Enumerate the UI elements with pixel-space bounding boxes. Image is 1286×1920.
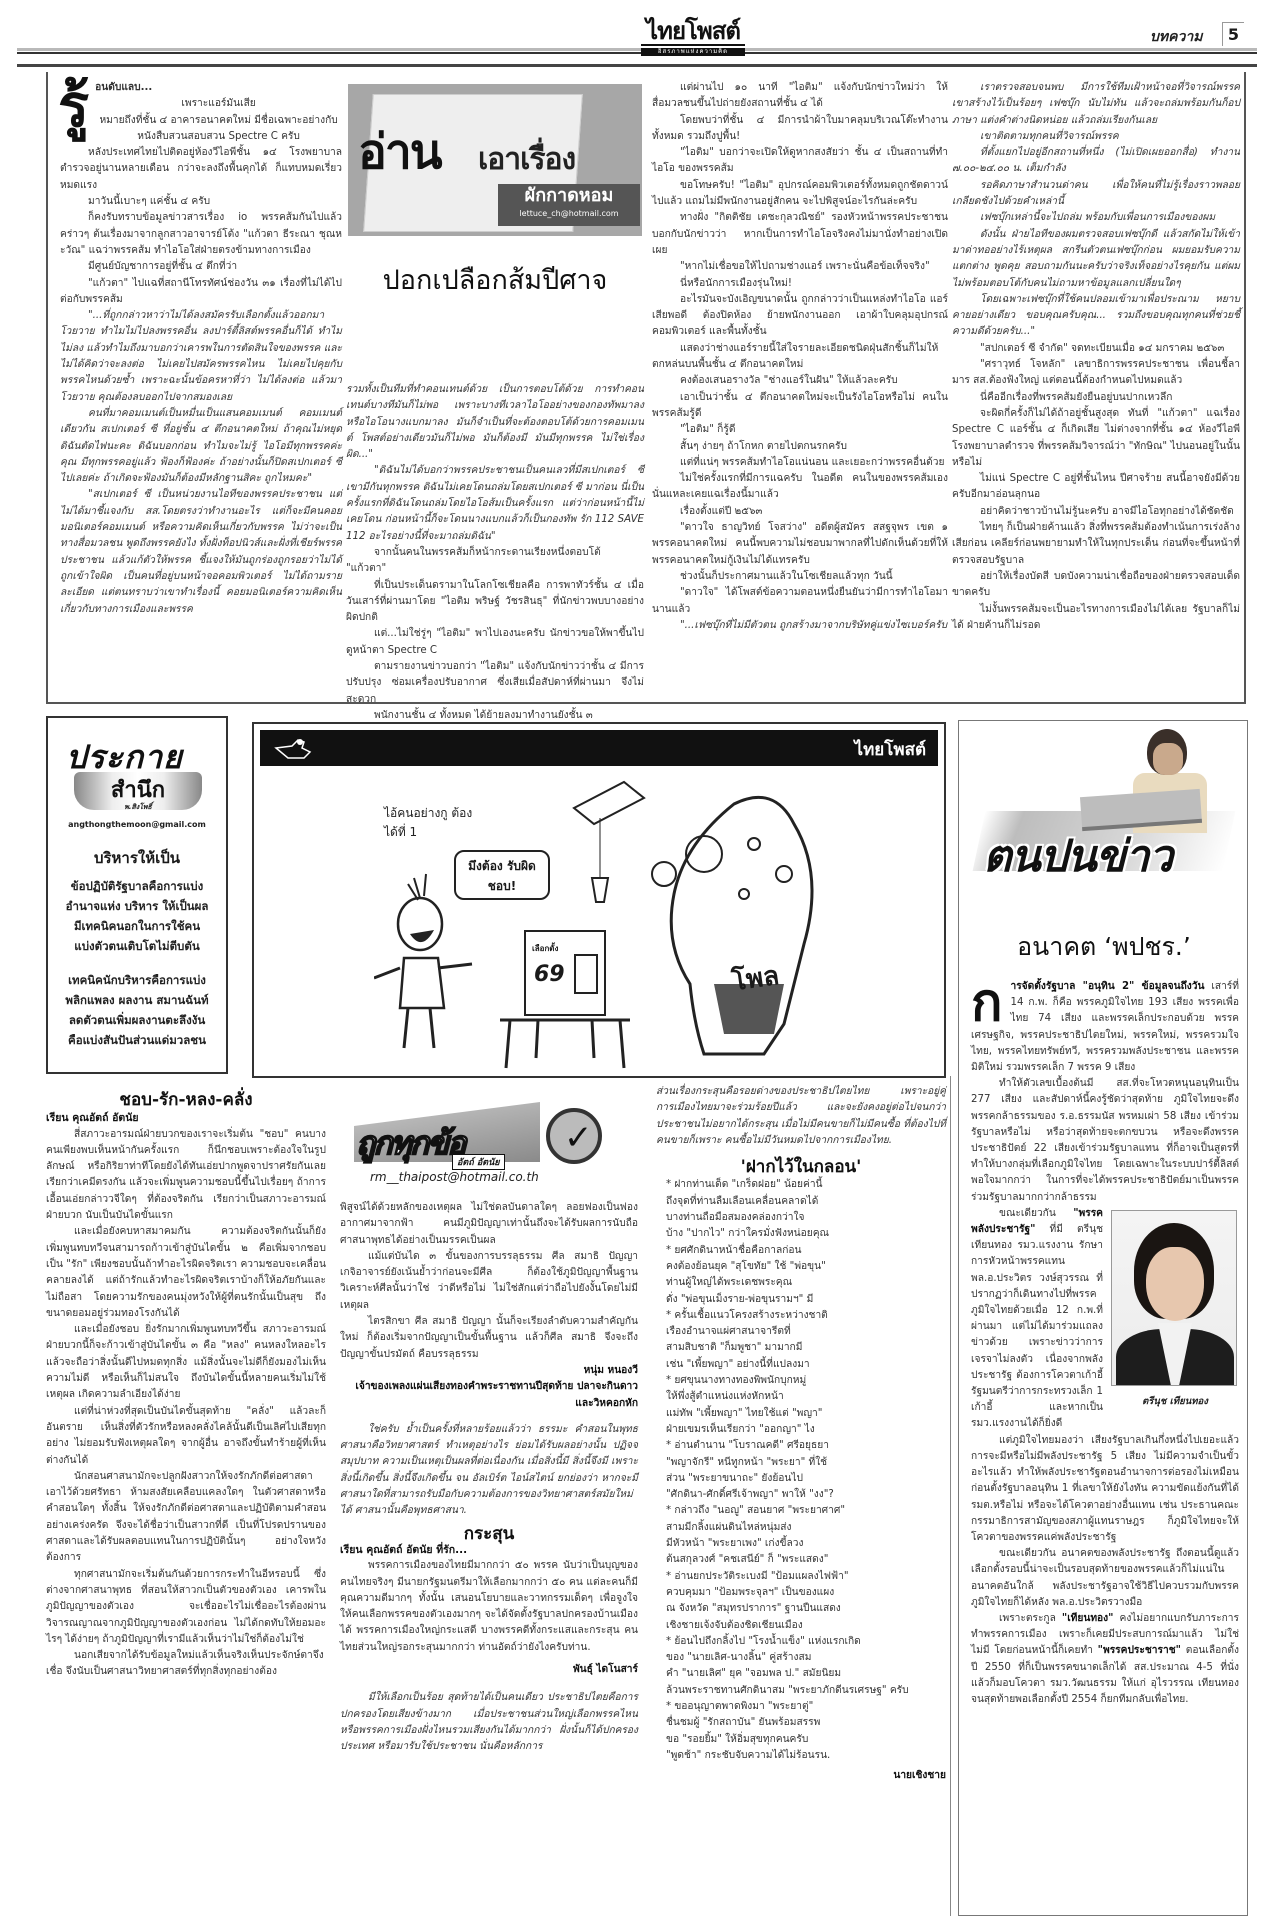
logo-author: อัตถ์ อัตนัย <box>452 1154 505 1170</box>
article-paragraph: นี่หรือนักการเมืองรุ่นใหม่! <box>652 276 948 292</box>
banner-author-tag: ผักกาดหอม lettuce_ch@hotmail.com <box>498 184 640 226</box>
newspaper-logo-tagline: อิสรภาพแห่งความคิด <box>641 48 745 56</box>
masthead-rule-top <box>17 48 1257 51</box>
article-paragraph: เสาร์ที่ 14 ก.พ. ก็คือ พรรคภูมิใจไทย 193… <box>971 981 1239 1073</box>
article-paragraph: เรื่องตั้งแต่ปี ๒๕๖๓ <box>652 504 948 520</box>
article-quote: "...เฟซบุ๊กที่ไม่มีตัวตน ถูกสร้างมาจากบร… <box>652 618 948 634</box>
column-logo-thuk-thuk-kho: ถูกทุกข้อ อัตถ์ อัตนัย ✓ rm__thaipost@ho… <box>340 1094 638 1186</box>
letter-signature: พันธุ์ ไดโนสาร์ <box>340 1662 638 1678</box>
article-paragraph: โดยพบว่าที่ชั้น ๔ มีการนำผ้าใบมาคลุมบริเ… <box>652 113 948 146</box>
article-paragraph: "ดาวใจ ธาญวิทย์ โจสว่าง" อดีตผู้สมัคร สส… <box>652 520 948 569</box>
top-article-column-1: รู้ อนดับแลบ... เพราะแอร์มันเสีย หมายถึง… <box>60 80 342 618</box>
article-quote: คนที่มาคอมเมนต์เป็นหมื่นเป็นแสนคอมเมนต์ … <box>60 406 342 487</box>
poem-verses: * ฝากท่านเด็ด "เกร็ดฝอย" น้อยค่านี้ ถึงจ… <box>656 1177 946 1764</box>
poem-column-logo: ประกาย สำนึก พ.สิงโพธิ์ <box>58 732 218 812</box>
poem-line: เทคนิคนักบริหารคือการแบ่ง <box>48 970 226 990</box>
verse-line: คำ "นายเลิศ" ยุค "จอมพล ป." สมัยนิยม <box>666 1666 946 1682</box>
letter-salutation: เรียน คุณอัตถ์ อัตนัย <box>46 1110 326 1126</box>
letter-signature: หนุ่ม หนองวี <box>340 1363 638 1379</box>
photo-caption: ตรีนุช เทียนทอง <box>1111 1394 1239 1410</box>
letters-column: ชอบ-รัก-หลง-คลั่ง เรียน คุณอัตถ์ อัตนัย … <box>46 1092 326 1681</box>
top-article-column-4: เราตรวจสอบจนพบ มีการใช้ทีมเฝ้าหน้าจอที่ว… <box>952 80 1240 634</box>
page-number: 5 <box>1222 22 1244 46</box>
article-quote: "สเปกเตอร์ ซี เป็นหน่วยงานไอทีของพรรคประ… <box>60 487 342 617</box>
signature-description: เจ้าของเพลงแผ่นเสียงทองคำพระราชทานปีสุดท… <box>340 1379 638 1412</box>
masthead-rule-top-dark <box>17 52 1257 54</box>
banner-title-big: อ่าน <box>358 128 441 176</box>
letter-title: ชอบ-รัก-หลง-คลั่ง <box>46 1092 326 1108</box>
article-quote: รวมทั้งเป็นทีมที่ทำคอนเทนต์ด้วย เป็นการต… <box>346 382 644 463</box>
poem-title: 'ฝากไว้ในกลอน' <box>656 1159 946 1175</box>
monster-figure-icon <box>634 784 834 1064</box>
verse-line: * ยศขุนนางทางทองพิพนักบุกหมู่ <box>666 1373 946 1389</box>
column-email[interactable]: rm__thaipost@hotmail.co.th <box>370 1170 539 1184</box>
article-paragraph: เพราะแอร์มันเสีย <box>60 96 342 112</box>
column-logo: ตนปนข่าว <box>983 821 1172 891</box>
letter-paragraph: นักสอนศาสนามักจะปลูกฝังสาวกให้จงรักภักดี… <box>46 1469 326 1567</box>
columnist-email[interactable]: lettuce_ch@hotmail.com <box>498 208 640 220</box>
verse-line: ดั่ง "พ่อขุนเม็งราย-พ่อขุนรามฯ" มี <box>666 1292 946 1308</box>
ballot-box-illustration: เลือกตั้ง 69 <box>524 930 606 1016</box>
reply-paragraph: ใช่ครับ ย้ำเป็นครั้งที่หลายร้อยแล้วว่า ธ… <box>340 1422 638 1520</box>
article-paragraph: ช่วงนั้นก็ประกาศมานแล้วในโซเชียลแล้วทุก … <box>652 569 948 585</box>
editorial-cartoon: ไทยโพสต์ ไอ้คนอย่างกู ต้องได้ที่ 1 มึงต้… <box>252 722 946 1078</box>
article-paragraph: ที่เป็นประเด็นดรามาในโลกโซเชียลคือ การพา… <box>346 578 644 627</box>
article-paragraph: อะไรมันจะบังเอิญขนาดนั้น ถูกกล่าวว่าเป็น… <box>652 292 948 341</box>
logo-text: ถูกทุกข้อ <box>356 1118 464 1169</box>
letter-paragraph: และเมื่อยังคบหาสมาคมกัน ความต้องจริตกันน… <box>46 1224 326 1322</box>
article-paragraph: หลังประเทศไทยไปติดอยู่ห้องวีไอพีชั้น ๑๔ … <box>60 145 342 194</box>
article-quote: "ดิฉันไม่ได้บอกว่าพรรคประชาชนเป็นคนเลวที… <box>346 463 644 544</box>
article-quote: ที่ตั้งแยกไปอยู่อีกสถานที่หนึ่ง (ไม่เปิด… <box>952 145 1240 178</box>
column-headline: อนาคต ‘พปชร.’ <box>959 927 1249 967</box>
article-paragraph: แม้แต่บันได ๓ ขั้นของการบรรลุธรรม ศีล สม… <box>340 1249 638 1314</box>
letter-salutation: เรียน คุณอัตถ์ อัตนัย ที่รัก... <box>340 1542 638 1558</box>
newspaper-logo[interactable]: ไทยโพสต์ อิสรภาพแห่งความคิด <box>641 18 745 56</box>
verse-line: คงต้องย้อนยุค "สุโขทัย" ใช้ "พ่อขุน" <box>666 1259 946 1275</box>
verse-line: * อ่านยกประวัติระเบงมี "ป้อมแผลงไฟฟ้า" <box>666 1569 946 1585</box>
ballot-label: เลือกตั้ง <box>532 942 558 955</box>
cartoon-brand-logo: ไทยโพสต์ <box>855 736 926 763</box>
verse-line: ถึงจุดที่ท่านลืมเลือนเคลื่อนคลาดได้ <box>666 1194 946 1210</box>
ballot-number: 69 <box>534 962 565 987</box>
article-quote: ดังนั้น ฝ่ายไอทีของผมตรวจสอบเฟซบุ๊กดี แล… <box>952 227 1240 292</box>
verse-line: ขอ "รอยยิ้ม" ให้อิ่มสุขทุกคนครับ <box>666 1732 946 1748</box>
table-icon <box>498 1014 632 1070</box>
poem-author: พ.สิงโพธิ์ <box>58 802 218 813</box>
article-quote: เราตรวจสอบจนพบ มีการใช้ทีมเฝ้าหน้าจอที่ว… <box>952 80 1240 129</box>
portrait-image <box>1111 1210 1237 1386</box>
text-span: ขณะเดียวกัน <box>999 1208 1073 1219</box>
verse-line: เชิงชายเจ้งจับต้องชิดเชียนเมือง <box>666 1618 946 1634</box>
letter-paragraph: แต่ที่น่าห่วงที่สุดเป็นบันไดขั้นสุดท้าย … <box>46 1404 326 1469</box>
article-paragraph: นี่คืออีกเรื่องที่พรรคส้มยังยืนอยู่บนปาก… <box>952 390 1240 406</box>
article-paragraph: ทำให้ตัวเลขเบื้องต้นมี สส.ที่จะโหวตหนุนอ… <box>971 1076 1239 1206</box>
letter-paragraph: และเมื่อยังชอบ ยิ่งรักมากเพิ่มพูนทบทวีขึ… <box>46 1322 326 1403</box>
verse-line: ของ "นายเลิศ-นางลิ้น" คู่สร้างสม <box>666 1650 946 1666</box>
verse-line: * ยศศักดินาหน้าชื่อคือกาลก่อน <box>666 1243 946 1259</box>
article-paragraph: "สปกเตอร์ ซี จำกัด" จดทะเบียนเมื่อ ๑๔ มก… <box>952 341 1240 357</box>
text-span: เพราะตระกูล <box>999 1613 1062 1624</box>
verse-line: ชื่นชมผู้ "รักสถาบัน" ยันพร้อมสรรพ <box>666 1715 946 1731</box>
reply-paragraph: ส่วนเรื่องกระสุนคือรอยด่างของประชาธิปไตย… <box>656 1084 946 1149</box>
verse-line: สามมีกลิ้งแผ่นดินไหล่หนุ่มส่ง <box>666 1520 946 1536</box>
article-paragraph: "ดาวใจ" ได้โพสต์ข้อความตอนหนึ่งยืนยันว่า… <box>652 585 948 618</box>
poem-line: มีเทคนิคนอกในการใช้คน <box>48 916 226 936</box>
article-quote: "...ที่ถูกกล่าวหาว่าไม่ได้ลงสมัครรับเลือ… <box>60 308 342 406</box>
article-quote: เฟซบุ๊กเหล่านี้จะไปถล่ม พร้อมกับเพื่อนกา… <box>952 210 1240 226</box>
poem-letter-column: ส่วนเรื่องกระสุนคือรอยด่างของประชาธิปไตย… <box>656 1084 946 1784</box>
verse-line: บางท่านถือมือสมองคล่องกว่าใจ <box>666 1210 946 1226</box>
bold-family-name: "เทียนทอง" <box>1062 1613 1114 1624</box>
article-paragraph: "แก้วตา" ไปแฉที่สถานีโทรทัศน์ช่องวัน ๓๑ … <box>60 276 342 309</box>
article-paragraph: จะผิดกี่ครั้งก็ไม่ได้ถ้าอยู่ชั้นสูงสุด ท… <box>952 406 1240 471</box>
article-paragraph: ไทยๆ ก็เป็นฝ่ายค้านแล้ว สิ่งที่พรรคส้มต้… <box>952 520 1240 569</box>
poem-line: ลดตัวตนเพิ่มผลงานตะลึงงัน <box>48 1010 226 1030</box>
verse-line: "พญาจักรี" หนีทูกหน้า "พระยา" ที่ใช้ <box>666 1455 946 1471</box>
column-banner-an-ao-rueang: อ่าน เอาเรื่อง ผักกาดหอม lettuce_ch@hotm… <box>348 84 642 236</box>
letter-title: กระสุน <box>340 1526 638 1542</box>
dropcap: ก <box>971 981 1002 1025</box>
stanza-gap <box>48 956 226 970</box>
verse-line: "พูดช้า" กระชับจับความได้ไม่ร้อนรน. <box>666 1748 946 1764</box>
article-quote: โดยเฉพาะเฟซบุ๊กที่ใช้คนปลอมเข้ามาเพื่อปร… <box>952 292 1240 341</box>
verse-line: * ครั้นเชื้อแนวโครงสร้างระหว่างชาติ <box>666 1308 946 1324</box>
article-paragraph: คงต้องเสนอรางวัล "ช่างแอร์ในฝัน" ให้แล้ว… <box>652 373 948 389</box>
article-paragraph: ไตรสิกขา ศีล สมาธิ ปัญญา นั้นก็จะเรียงลำ… <box>340 1314 638 1363</box>
mascot-icon <box>274 734 318 762</box>
article-paragraph: แต่ภูมิใจไทยมองว่า เสียงรัฐบาลเกินกึ่งหน… <box>971 1433 1239 1546</box>
letter-paragraph: นอกเสียจากได้รับข้อมูลใหม่แล้วเห็นจริงเห… <box>46 1648 326 1681</box>
column-body: ก ารจัดตั้งรัฐบาล "อนุทิน 2" ข้อมูลจนถึง… <box>971 979 1239 1708</box>
top-article-column-3: แต่ผ่านไป ๑๐ นาที "ไอติม" แจ้งกับนักข่าว… <box>652 80 948 634</box>
verse-line: เช่น "เพี้ยพญา" อย่างนี้ที่แปลงมา <box>666 1357 946 1373</box>
article-paragraph: ไม่ใช่ครั้งแรกที่มีการแฉครับ ในอดีต คนใน… <box>652 471 948 504</box>
letter-paragraph: ทุกศาสนามักจะเริ่มต้นกันด้วยการกระทำในอี… <box>46 1567 326 1648</box>
thuk-thuk-kho-column: ถูกทุกข้อ อัตถ์ อัตนัย ✓ rm__thaipost@ho… <box>340 1094 638 1756</box>
cartoon-header-bar: ไทยโพสต์ <box>260 730 938 766</box>
article-paragraph: "ไอติม" บอกว่าจะเปิดให้ดูหากสงสัยว่า ชั้… <box>652 145 948 178</box>
article-quote: เขาติดตามทุกคนที่วิจารณ์พรรค <box>952 129 1240 145</box>
ballot-window <box>574 954 598 994</box>
article-paragraph: "หากไม่เชื่อขอให้ไปถามช่างแอร์ เพราะนั่น… <box>652 259 948 275</box>
article-paragraph: เพราะตระกูล "เทียนทอง" คงไม่อยากแบกรับภา… <box>971 1611 1239 1708</box>
verse-line: ฝ่ายเขมรเห็นเรียกว่า "ออกญา" ไง <box>666 1422 946 1438</box>
verse-line: "ศักดินา-ศักดิ์ศรีเจ้าพญา" พาให้ "งง"? <box>666 1487 946 1503</box>
section-label: บทความ <box>1150 26 1202 48</box>
article-paragraph: "ไอติม" ก็รู้ดี <box>652 422 948 438</box>
masthead: ไทยโพสต์ อิสรภาพแห่งความคิด บทความ 5 <box>0 0 1286 70</box>
article-paragraph: มีศูนย์บัญชาการอยู่ที่ชั้น ๔ ตึกที่ว่า <box>60 259 342 275</box>
angry-man-figure-icon <box>374 868 474 1058</box>
article-paragraph: แต่...ไม่ใช่รู่ๆ "ไอติม" พาไปเองนะครับ น… <box>346 626 644 659</box>
bold-party-name: "พรรคประชาราช" <box>1098 1645 1181 1656</box>
article-paragraph: อย่าคิดว่าชาวบ้านไม่รู้นะครับ อาจมีไอโอท… <box>952 504 1240 520</box>
poem-signature: นายเชิงชาย <box>656 1768 946 1784</box>
verse-line: ส่วน "พระยาขนาถะ" ยังย้อนไป <box>666 1471 946 1487</box>
verse-line: ควบคุมมา "ป้อมพระจุลฯ" เป็นของแผง <box>666 1585 946 1601</box>
verse-line: ท่านผู้ใหญ่ได้พระเดชพระคุณ <box>666 1275 946 1291</box>
verse-line: ล้วนพระราชทานศักดินาสม "พระยาภักดีนรเศรษ… <box>666 1683 946 1699</box>
text-span: ที่มี ตรีนุช เทียนทอง รมว.แรงงาน รักษากา… <box>971 1224 1103 1429</box>
article-quote: รอคิดภาษาสำนวนด่าคน เพื่อให้คนที่ไม่รู้เ… <box>952 178 1240 211</box>
checkmark-circle-icon: ✓ <box>546 1108 602 1164</box>
verse-line: * ขออนุญาตพาดพิงมา "พระยาตู่" <box>666 1699 946 1715</box>
verse-line: ต้นสกุลวงศ์ "คชเสนีย์" ก็ "พระแสดง" <box>666 1552 946 1568</box>
article-paragraph: จากนั้นคนในพรรคส้มก็หน้ากระดานเรียงหนึ่ง… <box>346 545 644 578</box>
poem-line: คือแบ่งสันปันส่วนแด่มวลชน <box>48 1030 226 1050</box>
column-body: พิสูจน์ได้ด้วยหลักของเหตุผล ไม่ใช่ดลบันด… <box>340 1200 638 1756</box>
verse-line: ณ จังหวัด "สมุทรปราการ" ฐานปืนแสดง <box>666 1601 946 1617</box>
top-article-column-2: รวมทั้งเป็นทีมที่ทำคอนเทนต์ด้วย เป็นการต… <box>346 382 644 724</box>
article-paragraph: ทางฝั่ง "กิตติชัย เตชะกุลวณิชย์" รองหัวห… <box>652 210 948 259</box>
portrait-face <box>1146 1247 1204 1321</box>
cartoon-caption: ไอ้คนอย่างกู ต้องได้ที่ 1 <box>384 804 474 842</box>
dropcap: รู้ <box>58 80 89 132</box>
columnist-name: ผักกาดหอม <box>498 184 640 208</box>
letter-paragraph: สี่สภาวะอารมณ์ฝ่ายบวกของเราจะเริ่มต้น "ช… <box>46 1127 326 1225</box>
photo-trinuch-thienthong[interactable]: ตรีนุช เทียนทอง <box>1111 1210 1239 1410</box>
verse-line: * ย้อนไปถึงกลิ้งไป "โรงน้ำแข็ง" แห่งแรกเ… <box>666 1634 946 1650</box>
verse-line: มีหัวหน้า "พระยาเพง" เก่งขี้ลวง <box>666 1536 946 1552</box>
article-headline: ปอกเปลือกส้มปีศาจ <box>348 258 642 301</box>
poem-line: แบ่งตัวตนเติบโตไม่ตีบตัน <box>48 936 226 956</box>
article-paragraph: แต่ผ่านไป ๑๐ นาที "ไอติม" แจ้งกับนักข่าว… <box>652 80 948 113</box>
article-paragraph: แสดงว่าช่างแอร์รายนี้ใส่ใจรายละเอียดชนิด… <box>652 341 948 374</box>
poem-line: อำนาจแห่ง บริหาร ให้เป็นผล <box>48 896 226 916</box>
article-paragraph: ขณะเดียวกัน อนาคตของพลังประชารัฐ ถึงตอนน… <box>971 1546 1239 1611</box>
poem-line: พลิกแพลง ผลงาน สมานฉันท์ <box>48 990 226 1010</box>
article-paragraph: แต่ที่แน่ๆ พรรคส้มทำไอโอแน่นอน และเยอะกว… <box>652 455 948 471</box>
masthead-rule-bottom <box>17 64 1257 67</box>
verse-line: บ้าง "ปากไว" กว่าใครมั่งฟังหน่อยคุณ <box>666 1226 946 1242</box>
verse-line: * อ่านตำนาน "โบราณคดี" ศรีอยุธยา <box>666 1438 946 1454</box>
column-divider <box>950 1076 951 1916</box>
article-paragraph: ไม่แน่ Spectre C อยู่ที่ชั้นไหน ปีศาจร้า… <box>952 471 1240 504</box>
article-paragraph: ไม่งั้นพรรคส้มจะเป็นอะไรทางการเมืองไม่ได… <box>952 602 1240 635</box>
cartoon-illustration: ไอ้คนอย่างกู ต้องได้ที่ 1 มึงต้อง รับผิด… <box>254 768 944 1076</box>
verse-line: * กล่าวถึง "นอญู" สอนยาศ "พระยาศาศ" <box>666 1503 946 1519</box>
poem-title: บริหารให้เป็น <box>48 846 226 870</box>
checkmark-icon: ✓ <box>564 1118 593 1158</box>
verse-line: สามสิบชาติ "ก็มพูชา" มามากมี <box>666 1340 946 1356</box>
lead-text: ารจัดตั้งรัฐบาล "อนุทิน 2" ข้อมูลจนถึงวั… <box>1010 981 1204 992</box>
article-paragraph: หมายถึงที่ชั้น ๔ อาคารอนาคตใหม่ มีชื่อเฉ… <box>60 113 342 146</box>
article-paragraph: สั้นๆ ง่ายๆ ถ้าโกหก ตายไปตกนรกครับ <box>652 439 948 455</box>
article-paragraph: เอาเป็นว่าชั้น ๔ ตึกอนาคตใหม่จะเป็นรังไอ… <box>652 390 948 423</box>
verse-line: แม่ทัพ "เพี้ยพญา" ไทยใช้แต่ "พญา" <box>666 1406 946 1422</box>
reply-paragraph: มีให้เลือกเป็นร้อย สุดท้ายได้เป็นคนเดียว… <box>340 1690 638 1755</box>
article-paragraph: ตามรายงานข่าวบอกว่า "ไอติม" แจ้งกับนักข่… <box>346 659 644 708</box>
article-paragraph: อนดับแลบ... <box>60 80 342 96</box>
letter-paragraph: พรรคการเมืองของไทยมีมากกว่า ๕๐ พรรค นับว… <box>340 1558 638 1656</box>
banner-title-small: เอาเรื่อง <box>478 136 575 183</box>
newspaper-logo-text: ไทยโพสต์ <box>641 18 745 46</box>
article-paragraph: พิสูจน์ได้ด้วยหลักของเหตุผล ไม่ใช่ดลบันด… <box>340 1200 638 1249</box>
monster-label: โพล <box>729 955 781 1002</box>
article-paragraph: "ศราวุทธ์ โจหลัก" เลขาธิการพรรคประชาชน เ… <box>952 357 1240 390</box>
poem-email[interactable]: angthongthemoon@gmail.com <box>48 820 226 829</box>
person-face <box>1153 743 1183 775</box>
article-paragraph: มาวันนี้เบาะๆ แค่ชั้น ๔ ครับ <box>60 194 342 210</box>
poem-box-prakai-samnuek: ประกาย สำนึก พ.สิงโพธิ์ angthongthemoon@… <box>46 716 228 1074</box>
verse-line: * ฝากท่านเด็ด "เกร็ดฝอย" น้อยค่านี้ <box>666 1177 946 1193</box>
article-paragraph: อย่าให้เรื่องบัดสี บดบังความน่าเชื่อถือข… <box>952 569 1240 602</box>
column-masthead-art: ตนปนข่าว <box>969 721 1239 901</box>
poem-line: ข้อปฏิบัติรัฐบาลคือการแบ่ง <box>48 876 226 896</box>
verse-line: ให้พึ่งสู้ตำแหน่งแห่งหักหน้า <box>666 1389 946 1405</box>
article-paragraph: ก็คงรับทราบข้อมูลข่าวสารเรื่อง io พรรคส้… <box>60 210 342 259</box>
right-column-tonpon-khao: ตนปนข่าว อนาคต ‘พปชร.’ ก ารจัดตั้งรัฐบาล… <box>958 720 1248 1916</box>
verse-line: เรืองอำนาจแผ่ศาสนาจารีตที่ <box>666 1324 946 1340</box>
article-paragraph: ขอโทษครับ! "ไอติม" อุปกรณ์คอมพิวเตอร์ทั้… <box>652 178 948 211</box>
poem-body: ข้อปฏิบัติรัฐบาลคือการแบ่ง อำนาจแห่ง บริ… <box>48 876 226 1050</box>
top-article-box: รู้ อนดับแลบ... เพราะแอร์มันเสีย หมายถึง… <box>46 72 1246 704</box>
